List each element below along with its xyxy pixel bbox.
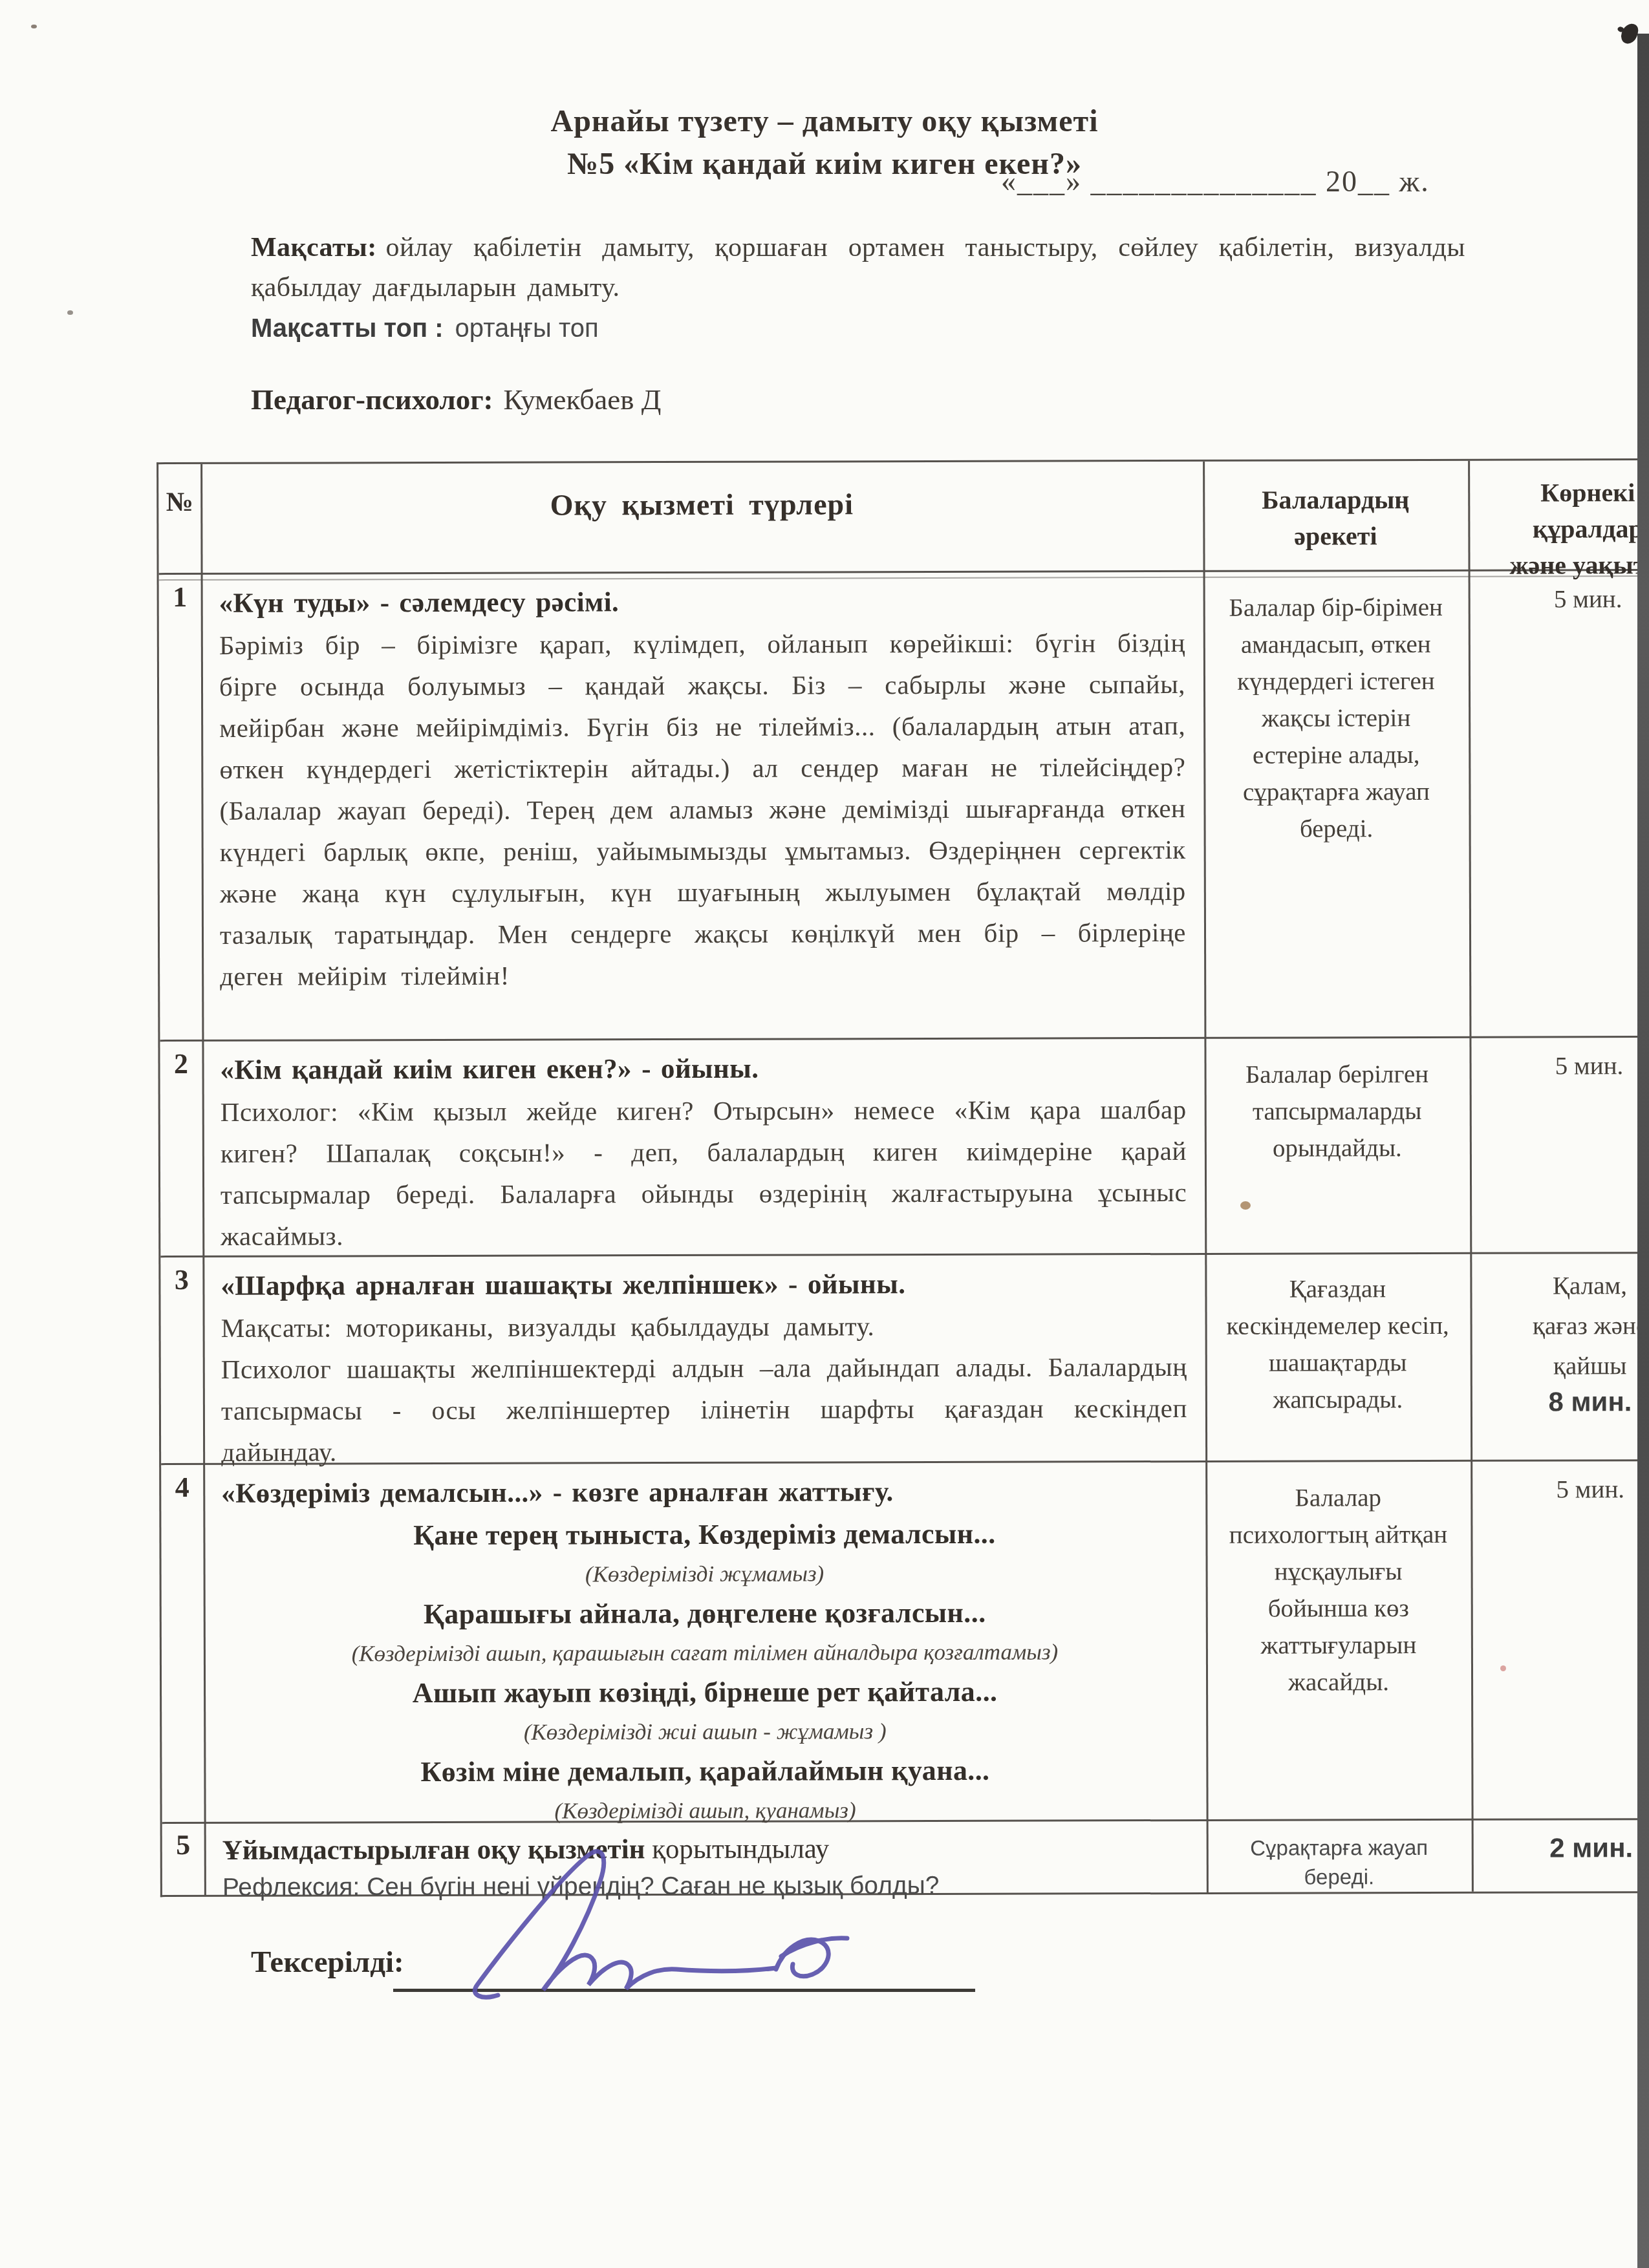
signature-ink [427,1841,879,2009]
row-5-children-cell: Сұрақтарға жауап береді. [1207,1833,1472,1892]
table-header-divider [159,569,1649,575]
teacher-label: Педагог-психолог: [251,383,493,416]
row-4-children-cell: Балалар психологтың айтқан нұсқаулығы бо… [1205,1479,1471,1701]
row-3-activity-body: Мақсаты: моториканы, визуалды қабылдауды… [221,1305,1188,1473]
header-resources-column: Көрнекі құралдар және уақыты [1468,475,1649,584]
row-1-activity-heading: «Күн туды» - сәлемдесу рәсімі. [219,581,1185,625]
paper-speck-3 [1240,1201,1251,1210]
checked-label: Тексерілді: [251,1945,404,1980]
target-group-line: Мақсатты топ :ортаңғы топ [251,314,599,343]
row-4-note-3: (Көздерімізді жиі ашып - жұмамыз ) [222,1713,1188,1751]
row-2-children-cell: Балалар берілген тапсырмаларды орындайды… [1205,1056,1470,1167]
goal-paragraph: Мақсаты:ойлау қабілетін дамыту, қоршаған… [251,228,1465,308]
row-1-time-cell: 5 мин. [1469,584,1649,614]
row-3-time: 8 мин. [1471,1386,1649,1418]
row-4-note-4: (Көздерімізді ашып, қуанамыз) [222,1792,1188,1830]
row-4-number: 4 [161,1471,203,1504]
goal-text: ойлау қабілетін дамыту, қоршаған ортамен… [251,233,1465,303]
table-row-divider-1 [160,1036,1649,1042]
header-children-column: Балалардың әрекеті [1203,482,1468,555]
row-4-verse-2: Қарашығы айнала, дөңгелене қозғалсын... [222,1591,1188,1636]
header-number-column: № [158,487,200,518]
lesson-plan-table: № Оқу қызметі түрлері Балалардың әрекеті… [156,458,1649,1897]
paper-speck-4 [1500,1665,1506,1671]
row-4-note-2: (Көздерімізді ашып, қарашығын сағат тілі… [222,1634,1188,1673]
row-1-activity-body: Бәріміз бір – бірімізге қарап, күлімдеп,… [219,622,1187,997]
row-4-activity-heading: «Көздеріміз демалсын...» - көзге арналға… [221,1471,1187,1515]
row-4-verse-3: Ашып жауып көзіңді, бірнеше рет қайтала.… [222,1670,1188,1715]
row-1-activity-cell: «Күн туды» - сәлемдесу рәсімі. Бәріміз б… [201,578,1205,997]
row-4-time-cell: 5 мин. [1471,1475,1649,1504]
target-group-value: ортаңғы топ [455,314,599,343]
teacher-value: Кумекбаев Д [504,383,662,416]
row-2-activity-body: Психолог: «Кім қызыл жейде киген? Отырсы… [221,1089,1187,1257]
teacher-line: Педагог-психолог:Кумекбаев Д [251,383,661,416]
row-2-number: 2 [160,1047,202,1080]
date-blank-line: «___» ______________ 20__ ж. [1001,164,1430,198]
row-3-children-cell: Қағаздан кескіндемелер кесіп, шашақтарды… [1205,1270,1471,1418]
header-activities-column: Оқу қызметі түрлері [200,486,1203,523]
row-4-activity-cell: «Көздеріміз демалсын...» - көзге арналға… [203,1468,1206,1830]
target-group-label: Мақсатты топ : [251,314,444,343]
row-4-verse-1: Қане терең тыныста, Көздеріміз демалсын.… [221,1512,1187,1557]
paper-speck-1 [31,25,37,28]
row-2-activity-heading: «Кім қандай киім киген екен?» - ойыны. [220,1047,1186,1091]
scanned-lesson-plan-page: Арнайы түзету – дамыту оқу қызметі №5 «К… [0,0,1649,2268]
row-3-activity-heading: «Шарфқа арналған шашақты желпіншек» - ой… [221,1263,1187,1307]
row-3-activity-cell: «Шарфқа арналған шашақты желпіншек» - ой… [202,1261,1205,1473]
row-1-number: 1 [159,581,201,614]
document-title-line1: Арнайы түзету – дамыту оқу қызметі [0,103,1649,139]
row-5-number: 5 [162,1828,204,1861]
row-5-time-cell: 2 мин. [1472,1832,1649,1864]
row-1-children-cell: Балалар бір-бірімен амандасып, өткен күн… [1203,589,1469,848]
paper-speck-2 [67,310,73,315]
goal-label: Мақсаты: [251,233,377,262]
row-4-verse-4: Көзім міне демалып, қарайлаймын қуана... [222,1749,1188,1794]
row-3-resources-text: Қалам, қағаз және қайшы [1470,1266,1649,1387]
row-2-time-cell: 5 мин. [1469,1051,1649,1081]
row-3-resources-cell: Қалам, қағаз және қайшы 8 мин. [1470,1266,1649,1418]
scanner-edge-strip [1637,34,1649,2268]
row-3-number: 3 [160,1263,202,1296]
row-2-activity-cell: «Кім қандай киім киген екен?» - ойыны. П… [202,1045,1205,1257]
row-4-note-1: (Көздерімізді жұмамыз) [222,1555,1188,1594]
